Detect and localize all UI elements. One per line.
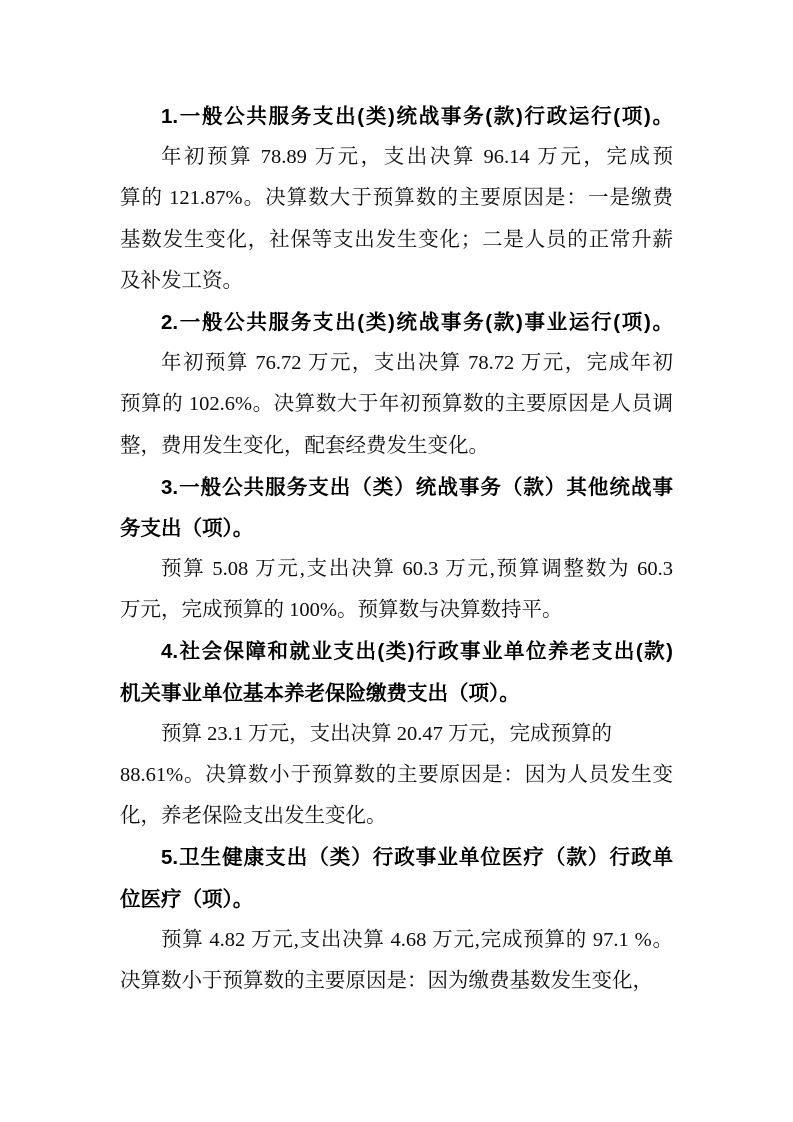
body-line: 预算 23.1 万元，支出决算 20.47 万元，完成预算的 (120, 714, 673, 755)
heading-line: 5.卫生健康支出（类）行政事业单位医疗（款）行政单 (120, 837, 673, 878)
heading-line: 位医疗（项）。 (120, 879, 673, 920)
body-line: 预算 4.82 万元,支出决算 4.68 万元,完成预算的 97.1 %。 (120, 920, 673, 961)
body-line: 决算数小于预算数的主要原因是：因为缴费基数发生变化， (120, 961, 673, 1002)
body-line: 预算的 102.6%。决算数大于年初预算数的主要原因是人员调 (120, 384, 673, 425)
section-block: 1.一般公共服务支出(类)统战事务(款)行政运行(项)。年初预算 78.89 万… (120, 96, 673, 302)
body-line: 化，养老保险支出发生变化。 (120, 796, 673, 837)
body-line: 年初预算 78.89 万元，支出决算 96.14 万元，完成预 (120, 137, 673, 178)
body-line: 88.61%。决算数小于预算数的主要原因是：因为人员发生变 (120, 755, 673, 796)
body-line: 整，费用发生变化，配套经费发生变化。 (120, 426, 673, 467)
section-block: 2.一般公共服务支出(类)统战事务(款)事业运行(项)。年初预算 76.72 万… (120, 302, 673, 467)
body-line: 年初预算 76.72 万元，支出决算 78.72 万元，完成年初 (120, 343, 673, 384)
heading-line: 4.社会保障和就业支出(类)行政事业单位养老支出(款) (120, 631, 673, 672)
body-line: 及补发工资。 (120, 261, 673, 302)
section-block: 5.卫生健康支出（类）行政事业单位医疗（款）行政单位医疗（项）。预算 4.82 … (120, 837, 673, 1002)
body-line: 算的 121.87%。决算数大于预算数的主要原因是：一是缴费 (120, 178, 673, 219)
heading-line: 务支出（项）。 (120, 508, 673, 549)
document-page: 1.一般公共服务支出(类)统战事务(款)行政运行(项)。年初预算 78.89 万… (0, 0, 793, 1122)
heading-line: 1.一般公共服务支出(类)统战事务(款)行政运行(项)。 (120, 96, 673, 137)
heading-line: 机关事业单位基本养老保险缴费支出（项）。 (120, 673, 673, 714)
document-content: 1.一般公共服务支出(类)统战事务(款)行政运行(项)。年初预算 78.89 万… (120, 96, 673, 1002)
section-block: 4.社会保障和就业支出(类)行政事业单位养老支出(款)机关事业单位基本养老保险缴… (120, 631, 673, 837)
body-line: 万元，完成预算的 100%。预算数与决算数持平。 (120, 590, 673, 631)
body-line: 基数发生变化，社保等支出发生变化；二是人员的正常升薪 (120, 220, 673, 261)
heading-line: 2.一般公共服务支出(类)统战事务(款)事业运行(项)。 (120, 302, 673, 343)
body-line: 预算 5.08 万元,支出决算 60.3 万元,预算调整数为 60.3 (120, 549, 673, 590)
section-block: 3.一般公共服务支出（类）统战事务（款）其他统战事务支出（项）。预算 5.08 … (120, 467, 673, 632)
heading-line: 3.一般公共服务支出（类）统战事务（款）其他统战事 (120, 467, 673, 508)
